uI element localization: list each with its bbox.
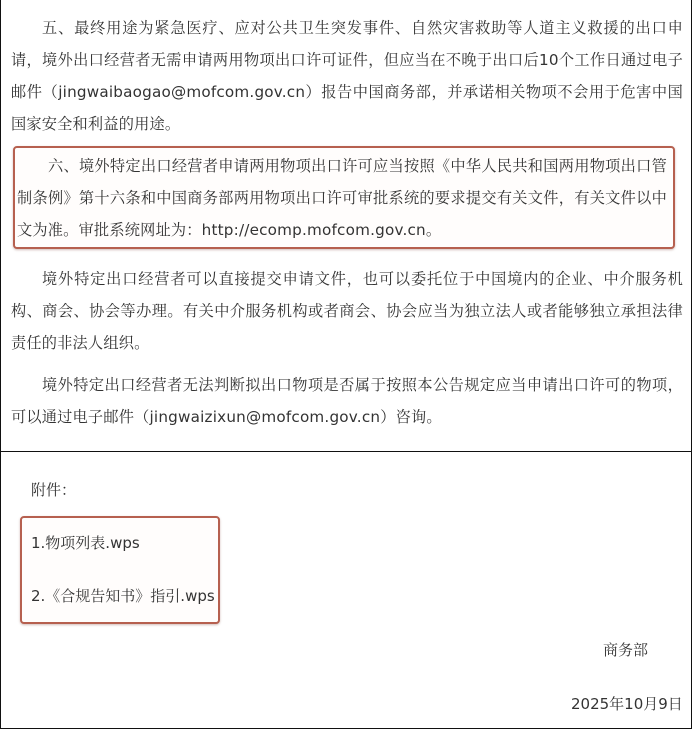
paragraph-item-6: 六、境外特定出口经营者申请两用物项出口许可应当按照《中华人民共和国两用物项出口管…	[17, 150, 667, 246]
paragraph-agent-submission: 境外特定出口经营者可以直接提交申请文件，也可以委托位于中国境内的企业、中介服务机…	[11, 263, 683, 359]
issuer-name: 商务部	[603, 639, 648, 660]
document-frame: 五、最终用途为紧急医疗、应对公共卫生突发事件、自然灾害救助等人道主义救援的出口申…	[0, 0, 692, 729]
attachments-label: 附件：	[31, 479, 76, 500]
attachment-link-item-list[interactable]: 1.物项列表.wps	[31, 532, 140, 553]
attachment-link-compliance-guide[interactable]: 2.《合规告知书》指引.wps	[31, 585, 215, 606]
paragraph-item-5: 五、最终用途为紧急医疗、应对公共卫生突发事件、自然灾害救助等人道主义救援的出口申…	[11, 12, 683, 140]
announcement-body-panel: 五、最终用途为紧急医疗、应对公共卫生突发事件、自然灾害救助等人道主义救援的出口申…	[1, 0, 691, 452]
paragraph-inquiry: 境外特定出口经营者无法判断拟出口物项是否属于按照本公告规定应当申请出口许可的物项…	[11, 369, 683, 433]
issue-date: 2025年10月9日	[571, 693, 683, 714]
attachments-panel: 附件： 1.物项列表.wps 2.《合规告知书》指引.wps 商务部 2025年…	[1, 452, 691, 728]
